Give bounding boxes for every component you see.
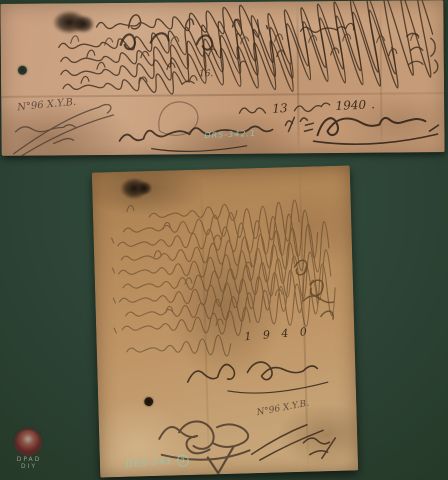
- archive-emblem-icon: [16, 430, 40, 454]
- archival-photo: 16. N°96 X.Y.B. 13 1940 . DRS-342.1: [0, 0, 448, 480]
- archive-watermark: DPAD DIY: [12, 430, 44, 470]
- script-line-5: [63, 72, 197, 95]
- handwritten-script-bottom: [92, 165, 358, 477]
- date-suffix: .: [371, 97, 375, 111]
- signature-bottom-right: [251, 424, 336, 460]
- watermark-line-1: DPAD: [12, 456, 44, 463]
- document-top: 16. N°96 X.Y.B. 13 1940 . DRS-342.1: [0, 0, 444, 156]
- list-mark: 16.: [199, 69, 213, 79]
- date-year: 1940: [335, 98, 366, 113]
- signature-center-bottom: [187, 360, 328, 395]
- script-word: [292, 99, 331, 115]
- watermark-line-2: DIY: [12, 463, 44, 470]
- script-line-3: [60, 10, 398, 91]
- archival-label-circled-number: 3: [177, 454, 190, 467]
- signature-right-marks: [285, 117, 313, 131]
- script-word: [237, 102, 268, 117]
- document-bottom: 1 9 4 0 N°96 X.Y.B. DRS-343.3: [92, 165, 358, 477]
- date-day: 13: [272, 101, 288, 116]
- signature-right: [313, 117, 438, 144]
